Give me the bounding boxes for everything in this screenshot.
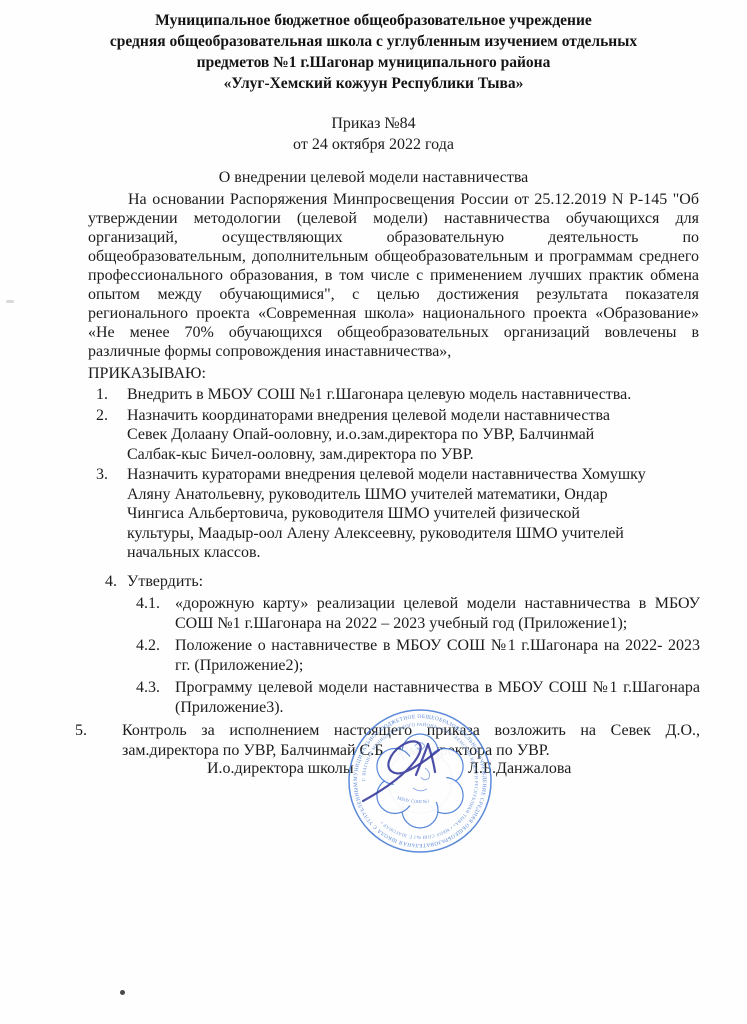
decree-subitems-list: 4.1. «дорожную карту» реализации целевой… [88, 594, 700, 717]
decree-item-4-2: 4.2. Положение о наставничестве в МБОУ С… [88, 636, 700, 675]
subitem-number: 4.1. [136, 594, 160, 614]
decree-item-4-1: 4.1. «дорожную карту» реализации целевой… [88, 594, 700, 633]
subitem-number: 4.2. [136, 636, 160, 656]
subitem-number: 4.3. [136, 678, 160, 698]
decree-word: ПРИКАЗЫВАЮ: [88, 365, 747, 383]
scan-speck-artifact [6, 300, 14, 303]
order-title-block: Приказ №84 от 24 октября 2022 года [0, 113, 747, 155]
org-header-line-3: предметов №1 г.Шагонар муниципального ра… [60, 52, 687, 73]
org-header-line-4: «Улуг-Хемский кожуун Республики Тыва» [60, 73, 687, 94]
subitem-text: Положение о наставничестве в МБОУ СОШ №1… [175, 637, 700, 674]
subitem-text: «дорожную карту» реализации целевой моде… [175, 595, 700, 632]
item-text: Назначить кураторами внедрения целевой м… [127, 466, 646, 561]
scan-dot-artifact [120, 990, 125, 995]
org-header-line-2: средняя общеобразовательная школа с углу… [60, 31, 687, 52]
item-text: Назначить координаторами внедрения целев… [127, 407, 610, 463]
item-number: 1. [96, 385, 108, 405]
order-number: Приказ №84 [0, 113, 747, 134]
preamble-paragraph: На основании Распоряжения Минпросвещения… [88, 190, 699, 361]
scanned-order-page: Муниципальное бюджетное общеобразователь… [0, 0, 747, 1024]
org-header-line-1: Муниципальное бюджетное общеобразователь… [60, 10, 687, 31]
decree-items-list: 1. Внедрить в МБОУ СОШ №1 г.Шагонара цел… [88, 385, 647, 563]
item-text: Внедрить в МБОУ СОШ №1 г.Шагонара целеву… [127, 386, 631, 403]
item-number: 3. [96, 465, 108, 485]
decree-item-3: 3. Назначить кураторами внедрения целево… [88, 465, 647, 563]
item-number: 2. [96, 406, 108, 426]
decree-item-4: 4. Утвердить: [88, 572, 747, 592]
signature-role: И.о.директора школы [207, 760, 354, 778]
order-subject: О внедрении целевой модели наставничеств… [0, 169, 747, 187]
decree-item-2: 2. Назначить координаторами внедрения це… [88, 406, 647, 465]
org-header: Муниципальное бюджетное общеобразователь… [60, 10, 687, 94]
order-date: от 24 октября 2022 года [0, 134, 747, 155]
decree-item-1: 1. Внедрить в МБОУ СОШ №1 г.Шагонара цел… [88, 385, 647, 405]
round-seal-stamp: МУНИЦИПАЛЬНОЕ БЮДЖЕТНОЕ ОБЩЕОБРАЗОВАТЕЛЬ… [345, 706, 495, 856]
item-text: Утвердить: [127, 573, 203, 590]
item-number: 5. [75, 721, 87, 741]
item-number: 4. [105, 572, 117, 592]
